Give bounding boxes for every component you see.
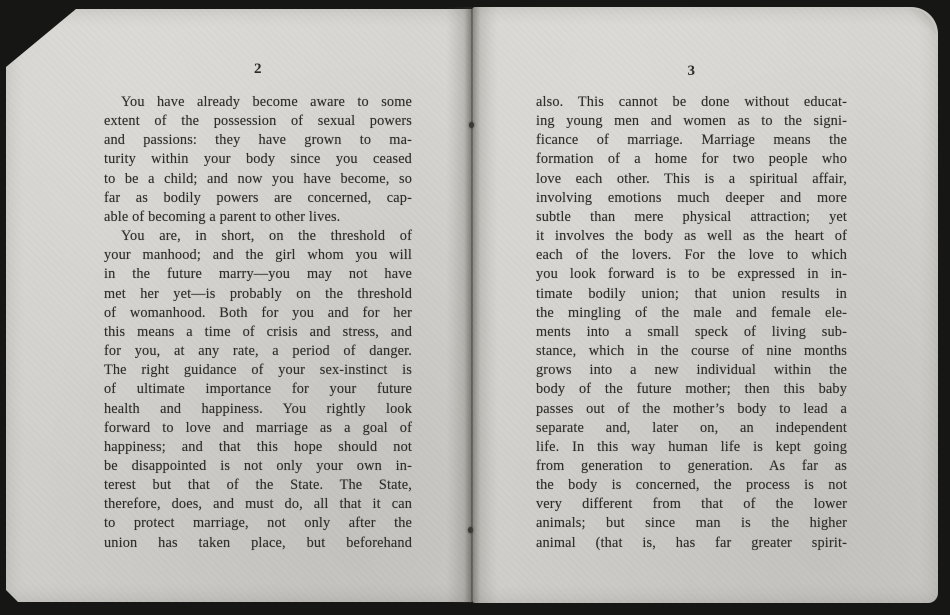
text-line: body of the future mother; then this bab… xyxy=(536,380,847,399)
text-line: your manhood; and the girl whom you will xyxy=(104,246,412,265)
right-page-text: also. This cannot be done without educat… xyxy=(536,93,847,553)
left-page-text: You have already become aware to someext… xyxy=(104,93,412,553)
text-line: therefore, does, and must do, all that i… xyxy=(104,495,412,514)
text-line: timate bodily union; that union results … xyxy=(536,285,847,304)
text-line: of womanhood. Both for you and for her xyxy=(104,304,412,323)
text-line: far as bodily powers are concerned, cap- xyxy=(104,189,412,208)
left-page-number: 2 xyxy=(104,61,412,78)
text-line: subtle than mere physical attraction; ye… xyxy=(536,208,847,227)
text-line: grows into a new individual within the xyxy=(536,361,847,380)
text-line: animal (that is, has far greater spirit- xyxy=(536,534,847,553)
text-line: animals; but since man is the higher xyxy=(536,514,847,533)
text-line: separate and, later on, an independent xyxy=(536,419,847,438)
text-line: met her yet—is probably on the threshold xyxy=(104,285,412,304)
text-line: for you, at any rate, a period of danger… xyxy=(104,342,412,361)
text-line: The right guidance of your sex-instinct … xyxy=(104,361,412,380)
text-line: able of becoming a parent to other lives… xyxy=(104,208,412,227)
text-line: this means a time of crisis and stress, … xyxy=(104,323,412,342)
text-line: stance, which in the course of nine mont… xyxy=(536,342,847,361)
text-line: passes out of the mother’s body to lead … xyxy=(536,400,847,419)
text-line: extent of the possession of sexual power… xyxy=(104,112,412,131)
text-line: ments into a small speck of living sub- xyxy=(536,323,847,342)
text-line: terest but that of the State. The State, xyxy=(104,476,412,495)
text-line: love each other. This is a spiritual aff… xyxy=(536,170,847,189)
left-page: 2 You have already become aware to somee… xyxy=(6,9,472,602)
text-line: each of the lovers. For the love to whic… xyxy=(536,246,847,265)
text-line: very different from that of the lower xyxy=(536,495,847,514)
text-line: turity within your body since you ceased xyxy=(104,150,412,169)
text-line: from generation to generation. As far as xyxy=(536,457,847,476)
text-line: forward to love and marriage as a goal o… xyxy=(104,419,412,438)
text-line: ficance of marriage. Marriage means the xyxy=(536,131,847,150)
text-line: to be a child; and now you have become, … xyxy=(104,170,412,189)
text-line: it involves the body as well as the hear… xyxy=(536,227,847,246)
right-page-number: 3 xyxy=(536,63,847,80)
text-line: union has taken place, but beforehand xyxy=(104,534,412,553)
staple-top xyxy=(469,122,474,128)
text-line: you look forward is to be expressed in i… xyxy=(536,265,847,284)
book-scan: 2 You have already become aware to somee… xyxy=(0,0,950,615)
text-line: to protect marriage, not only after the xyxy=(104,514,412,533)
text-line: the mingling of the male and female ele- xyxy=(536,304,847,323)
text-line: also. This cannot be done without educat… xyxy=(536,93,847,112)
text-line: You have already become aware to some xyxy=(104,93,412,112)
right-page: 3 also. This cannot be done without educ… xyxy=(472,7,938,603)
text-line: involving emotions much deeper and more xyxy=(536,189,847,208)
text-line: and passions: they have grown to ma- xyxy=(104,131,412,150)
text-line: formation of a home for two people who xyxy=(536,150,847,169)
text-line: life. In this way human life is kept goi… xyxy=(536,438,847,457)
text-line: You are, in short, on the threshold of xyxy=(104,227,412,246)
text-line: be disappointed is not only your own in- xyxy=(104,457,412,476)
text-line: in the future marry—you may not have xyxy=(104,265,412,284)
text-line: the body is concerned, the process is no… xyxy=(536,476,847,495)
page-curl xyxy=(906,9,936,35)
text-line: ing young men and women as to the signi- xyxy=(536,112,847,131)
text-line: health and happiness. You rightly look xyxy=(104,400,412,419)
text-line: of ultimate importance for your future xyxy=(104,380,412,399)
text-line: happiness; and that this hope should not xyxy=(104,438,412,457)
staple-bottom xyxy=(468,527,473,533)
